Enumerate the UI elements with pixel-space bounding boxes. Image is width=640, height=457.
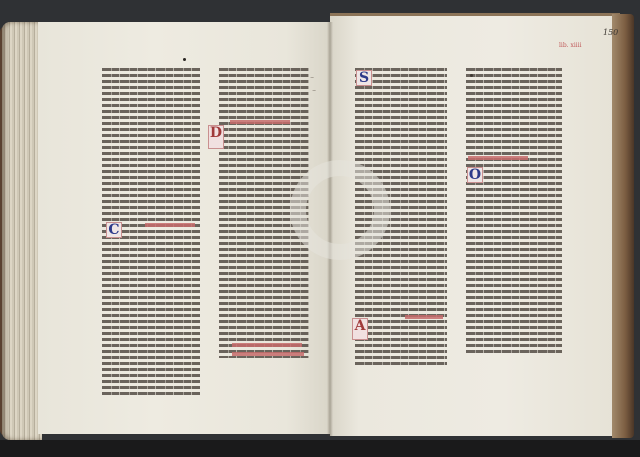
- backdrop: [0, 440, 640, 457]
- watermark-logo: [290, 160, 390, 260]
- marginal-note: ~: [310, 75, 314, 81]
- rubric-line: [232, 343, 302, 347]
- decorated-initial: A: [352, 318, 368, 340]
- marginal-note: ~: [312, 88, 316, 94]
- page-fore-edge: [2, 22, 42, 440]
- running-head: lib. xiiii: [559, 42, 582, 49]
- right-page-column-2: [466, 68, 562, 356]
- folio-number: 150: [603, 28, 618, 37]
- printer-mark: [183, 58, 186, 61]
- rubric-line: [230, 120, 290, 124]
- book-cover-right: [612, 14, 634, 438]
- text-block: [466, 68, 562, 356]
- rubric-line: [145, 223, 195, 227]
- decorated-initial: C: [106, 222, 122, 238]
- rubric-line: [468, 156, 528, 160]
- rubric-line: [232, 352, 304, 356]
- decorated-initial: S: [356, 70, 372, 86]
- decorated-initial: O: [467, 167, 483, 183]
- decorated-initial: D: [208, 125, 224, 149]
- rubric-line: [405, 315, 443, 319]
